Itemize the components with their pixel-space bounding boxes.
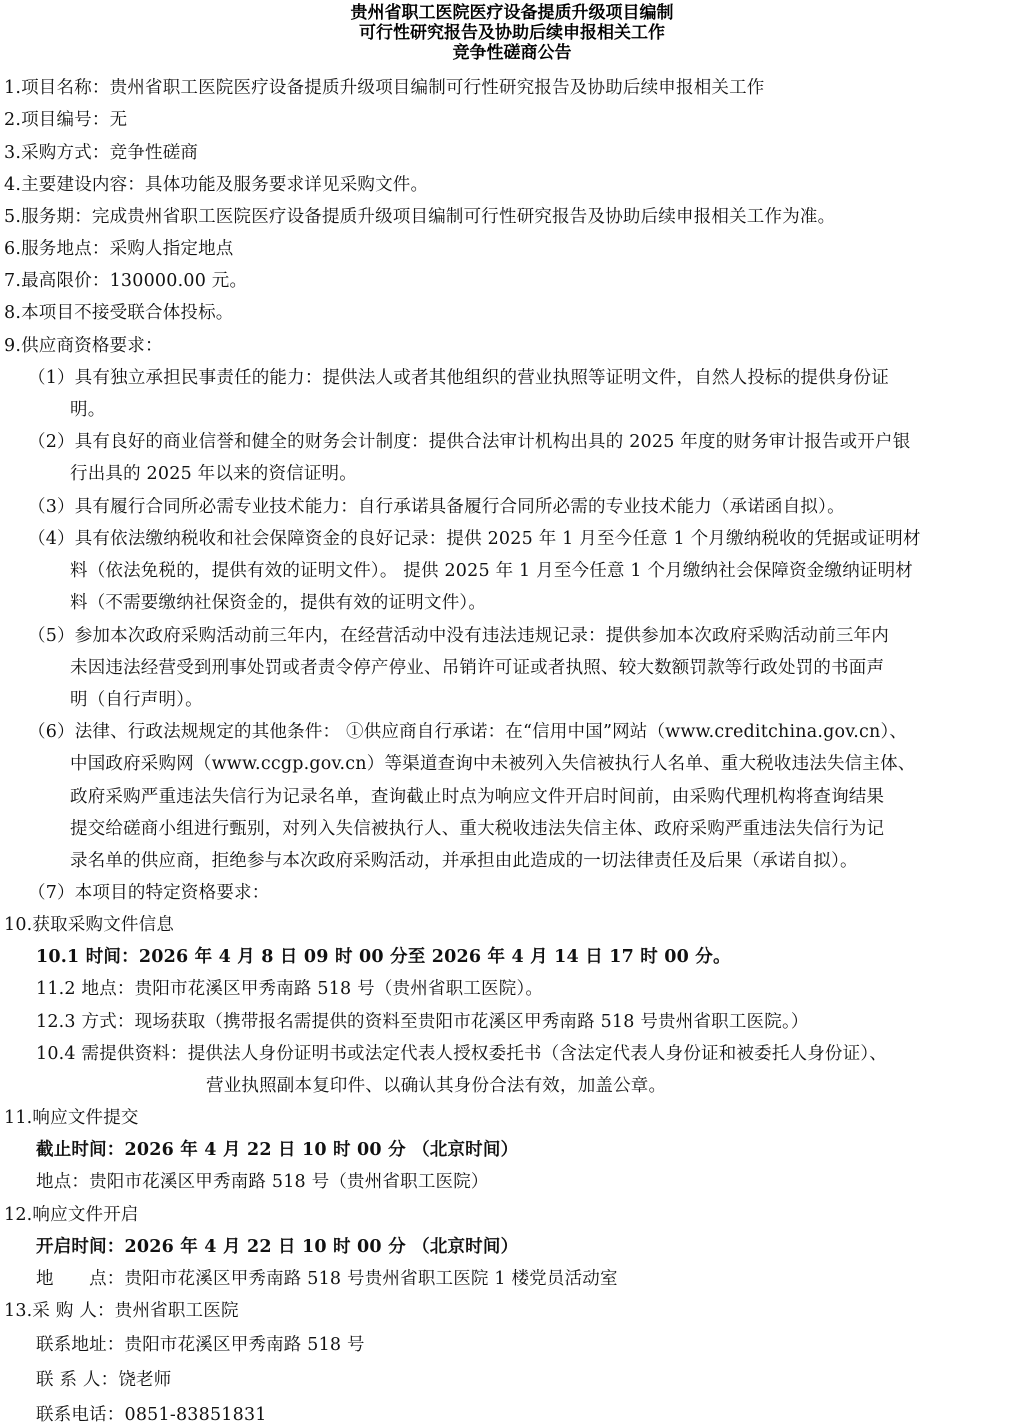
qualification-4-line-3: 料（不需要缴纳社保资金的，提供有效的证明文件）。 (70, 591, 486, 615)
obtain-docs-materials-line-2: 营业执照副本复印件、以确认其身份合法有效，加盖公章。 (206, 1074, 666, 1098)
announcement-page: 贵州省职工医院医疗设备提质升级项目编制 可行性研究报告及协助后续申报相关工作 竞… (0, 0, 1024, 1427)
item-qualification-heading: 9.供应商资格要求： (4, 334, 163, 358)
item-main-content: 4.主要建设内容：具体功能及服务要求详见采购文件。 (4, 173, 428, 197)
obtain-docs-location: 11.2 地点：贵阳市花溪区甲秀南路 518 号（贵州省职工医院）。 (36, 977, 543, 1001)
qualification-6-line-1: （6）法律、行政法规规定的其他条件： ①供应商自行承诺：在“信用中国”网站（ww… (28, 720, 907, 744)
title-line-1: 贵州省职工医院医疗设备提质升级项目编制 (0, 3, 1024, 23)
qualification-1-line-1: （1）具有独立承担民事责任的能力：提供法人或者其他组织的营业执照等证明文件，自然… (28, 366, 889, 390)
title-line-3: 竞争性磋商公告 (0, 43, 1024, 63)
submission-heading: 11.响应文件提交 (4, 1106, 139, 1130)
obtain-docs-time: 10.1 时间：2026 年 4 月 8 日 09 时 00 分至 2026 年… (36, 945, 731, 969)
purchaser-contact: 联 系 人：饶老师 (36, 1368, 171, 1392)
purchaser-name: 13.采 购 人：贵州省职工医院 (4, 1299, 239, 1323)
opening-heading: 12.响应文件开启 (4, 1203, 139, 1227)
qualification-3-line-1: （3）具有履行合同所必需专业技术能力：自行承诺具备履行合同所必需的专业技术能力（… (28, 495, 845, 519)
item-project-no: 2.项目编号：无 (4, 108, 127, 132)
qualification-6-line-2: 中国政府采购网（www.ccgp.gov.cn）等渠道查询中未被列入失信被执行人… (70, 752, 915, 776)
title-line-2: 可行性研究报告及协助后续申报相关工作 (0, 23, 1024, 43)
qualification-5-line-1: （5）参加本次政府采购活动前三年内，在经营活动中没有违法违规记录：提供参加本次政… (28, 624, 889, 648)
item-service-location: 6.服务地点：采购人指定地点 (4, 237, 234, 261)
submission-location: 地点：贵阳市花溪区甲秀南路 518 号（贵州省职工医院） (36, 1170, 489, 1194)
obtain-docs-materials-line-1: 10.4 需提供资料：提供法人身份证明书或法定代表人授权委托书（含法定代表人身份… (36, 1042, 887, 1066)
qualification-5-line-2: 未因违法经营受到刑事处罚或者责令停产停业、吊销许可证或者执照、较大数额罚款等行政… (70, 656, 884, 680)
qualification-6-line-4: 提交给磋商小组进行甄别，对列入失信被执行人、重大税收违法失信主体、政府采购严重违… (70, 817, 884, 841)
qualification-6-line-5: 录名单的供应商，拒绝参与本次政府采购活动，并承担由此造成的一切法律责任及后果（承… (70, 849, 858, 873)
item-procurement-method: 3.采购方式：竞争性磋商 (4, 141, 198, 165)
qualification-7-line-1: （7）本项目的特定资格要求： (28, 881, 269, 905)
item-max-price: 7.最高限价：130000.00 元。 (4, 269, 247, 293)
document-title: 贵州省职工医院医疗设备提质升级项目编制 可行性研究报告及协助后续申报相关工作 竞… (0, 0, 1024, 63)
opening-location: 地 点：贵阳市花溪区甲秀南路 518 号贵州省职工医院 1 楼党员活动室 (36, 1267, 618, 1291)
obtain-docs-method: 12.3 方式：现场获取（携带报名需提供的资料至贵阳市花溪区甲秀南路 518 号… (36, 1010, 809, 1034)
qualification-4-line-2: 料（依法免税的，提供有效的证明文件）。 提供 2025 年 1 月至今任意 1 … (70, 559, 913, 583)
qualification-5-line-3: 明（自行声明）。 (70, 688, 203, 712)
qualification-6-line-3: 政府采购严重违法失信行为记录名单，查询截止时点为响应文件开启时间前，由采购代理机… (70, 785, 884, 809)
opening-time: 开启时间：2026 年 4 月 22 日 10 时 00 分 （北京时间） (36, 1235, 518, 1259)
purchaser-address: 联系地址：贵阳市花溪区甲秀南路 518 号 (36, 1333, 365, 1357)
purchaser-phone: 联系电话：0851-83851831 (36, 1403, 267, 1427)
obtain-docs-heading: 10.获取采购文件信息 (4, 913, 174, 937)
item-service-period: 5.服务期：完成贵州省职工医院医疗设备提质升级项目编制可行性研究报告及协助后续申… (4, 205, 835, 229)
qualification-4-line-1: （4）具有依法缴纳税收和社会保障资金的良好记录：提供 2025 年 1 月至今任… (28, 527, 921, 551)
qualification-2-line-2: 行出具的 2025 年以来的资信证明。 (70, 462, 357, 486)
qualification-1-line-2: 明。 (70, 398, 105, 422)
qualification-2-line-1: （2）具有良好的商业信誉和健全的财务会计制度：提供合法审计机构出具的 2025 … (28, 430, 910, 454)
item-no-consortium: 8.本项目不接受联合体投标。 (4, 301, 234, 325)
item-project-name: 1.项目名称：贵州省职工医院医疗设备提质升级项目编制可行性研究报告及协助后续申报… (4, 76, 765, 100)
submission-deadline: 截止时间：2026 年 4 月 22 日 10 时 00 分 （北京时间） (36, 1138, 518, 1162)
